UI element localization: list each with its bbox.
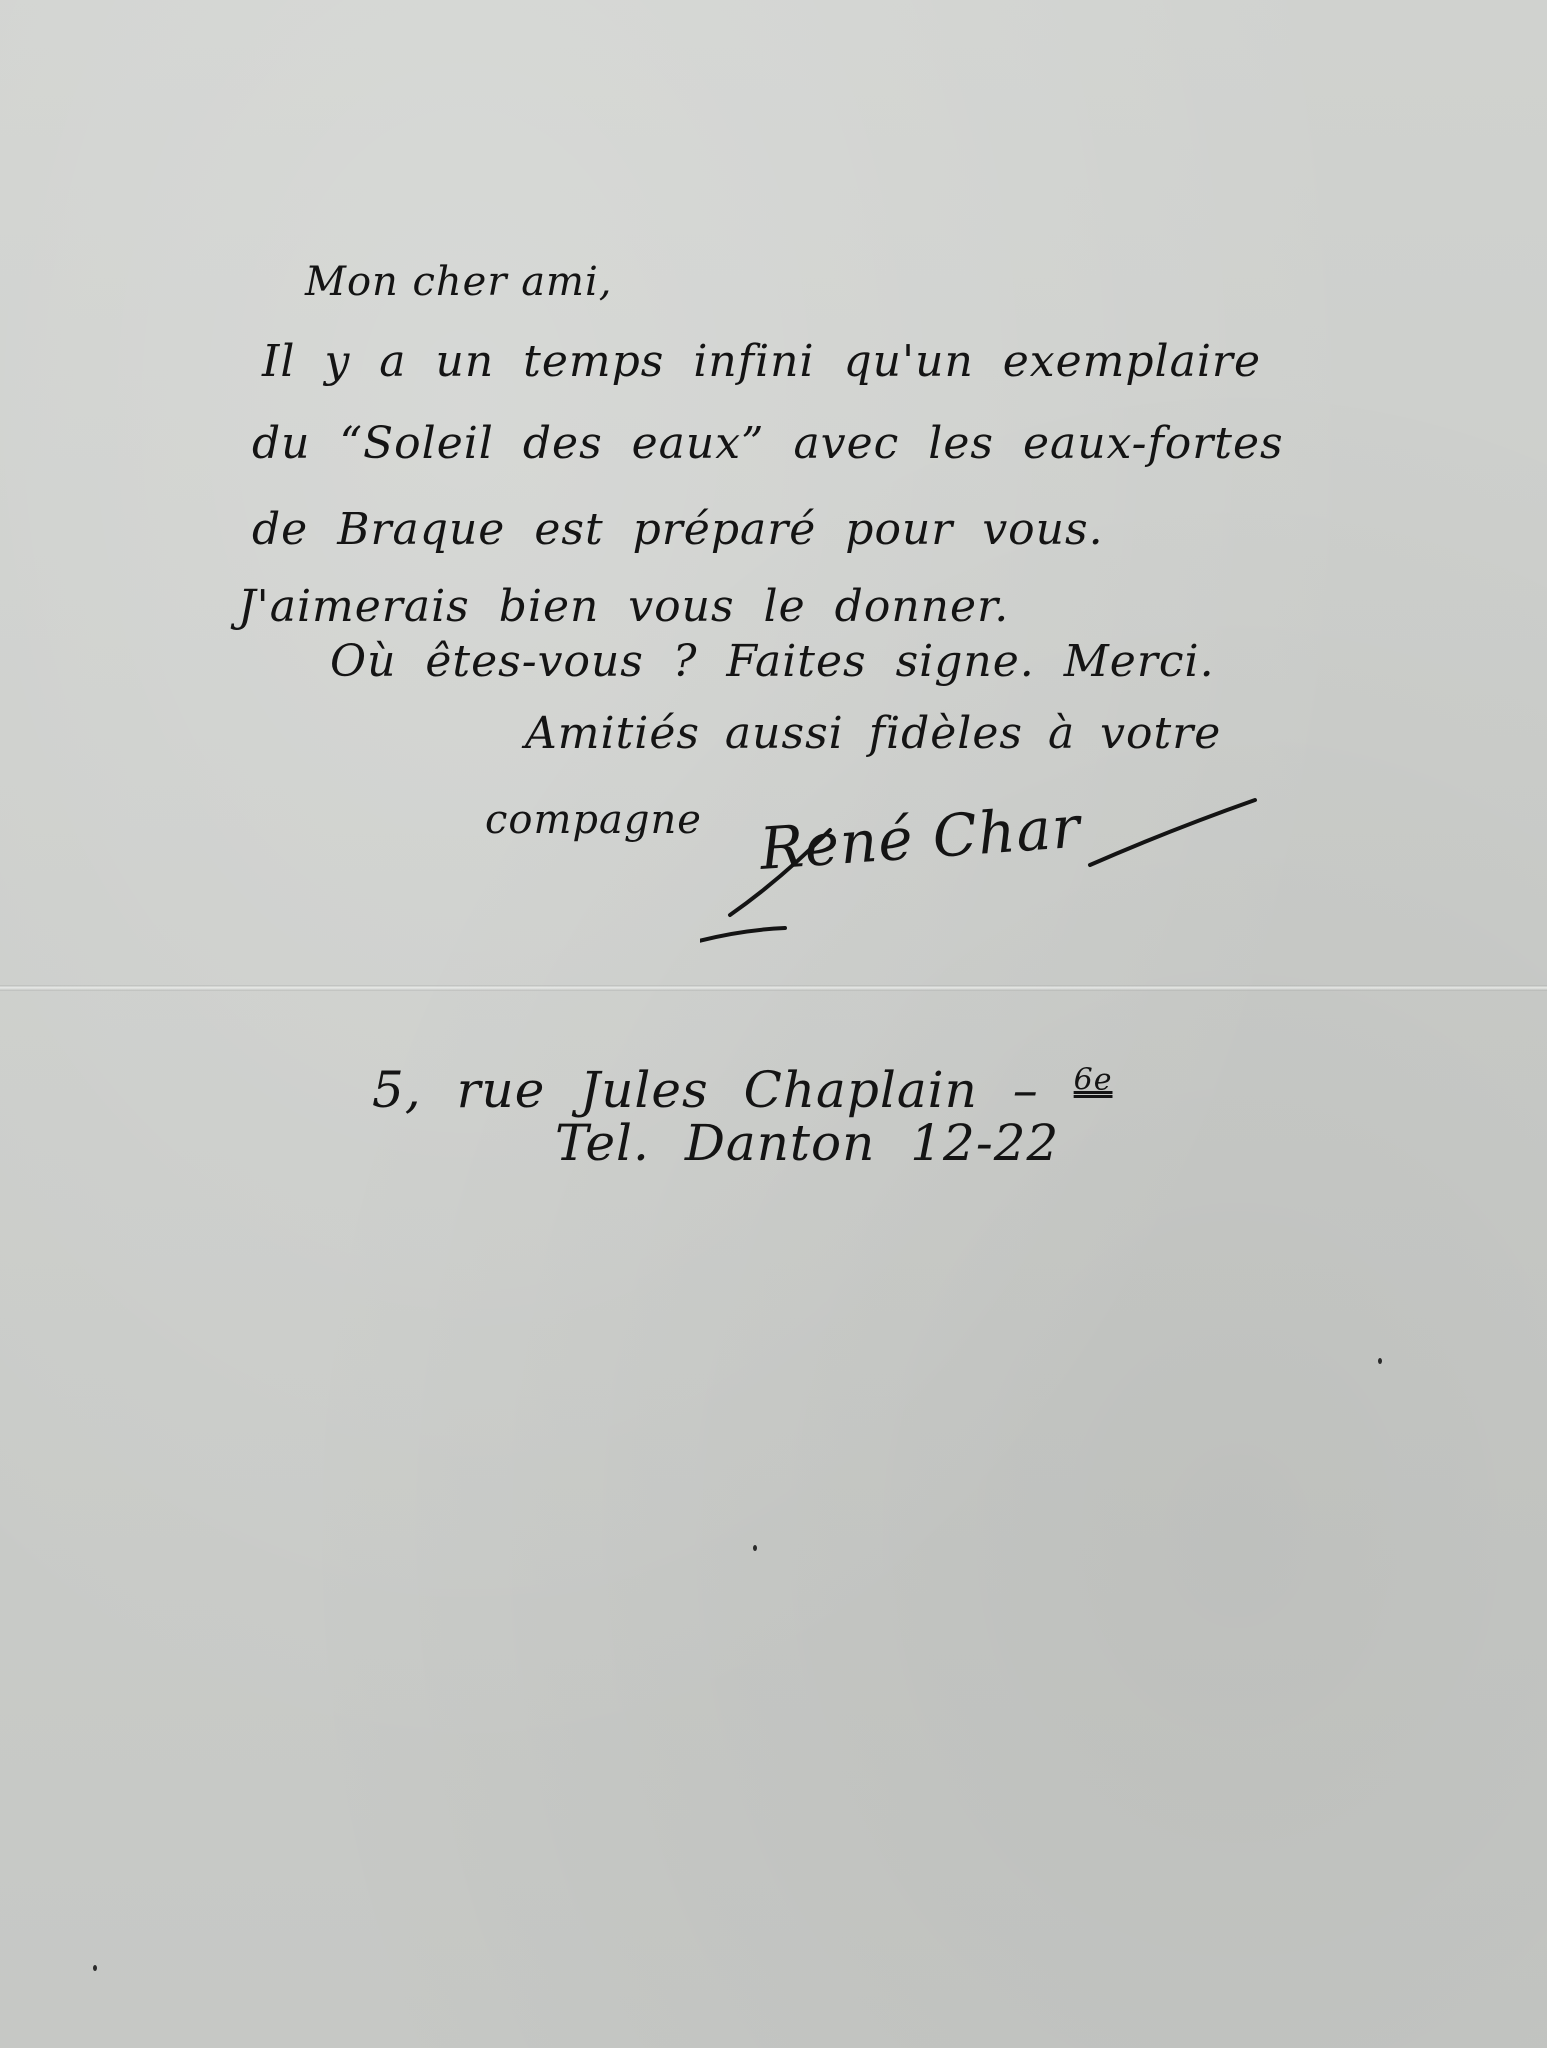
- body-line-4: J'aimerais bien vous le donner.: [238, 585, 1009, 629]
- paper-speck: [753, 1545, 757, 1551]
- address-street: 5, rue Jules Chaplain – 6e: [372, 1065, 1112, 1115]
- body-line-3: de Braque est préparé pour vous.: [252, 508, 1104, 552]
- address-street-text: 5, rue Jules Chaplain –: [372, 1061, 1039, 1119]
- body-line-7: compagne: [485, 800, 702, 840]
- letter-page: Mon cher ami, Il y a un temps infini qu'…: [0, 0, 1547, 2048]
- address-phone: Tel. Danton 12-22: [555, 1118, 1059, 1168]
- body-line-2: du “Soleil des eaux” avec les eaux-forte…: [252, 422, 1284, 466]
- paper-fold-line: [0, 985, 1547, 991]
- salutation: Mon cher ami,: [305, 262, 612, 302]
- body-line-1: Il y a un temps infini qu'un exemplaire: [262, 340, 1261, 384]
- address-arrondissement: 6e: [1074, 1062, 1113, 1097]
- body-line-5: Où êtes-vous ? Faites signe. Merci.: [330, 640, 1215, 684]
- paper-speck: [93, 1965, 97, 1971]
- body-line-6: Amitiés aussi fidèles à votre: [525, 712, 1221, 756]
- paper-speck: [1378, 1358, 1382, 1364]
